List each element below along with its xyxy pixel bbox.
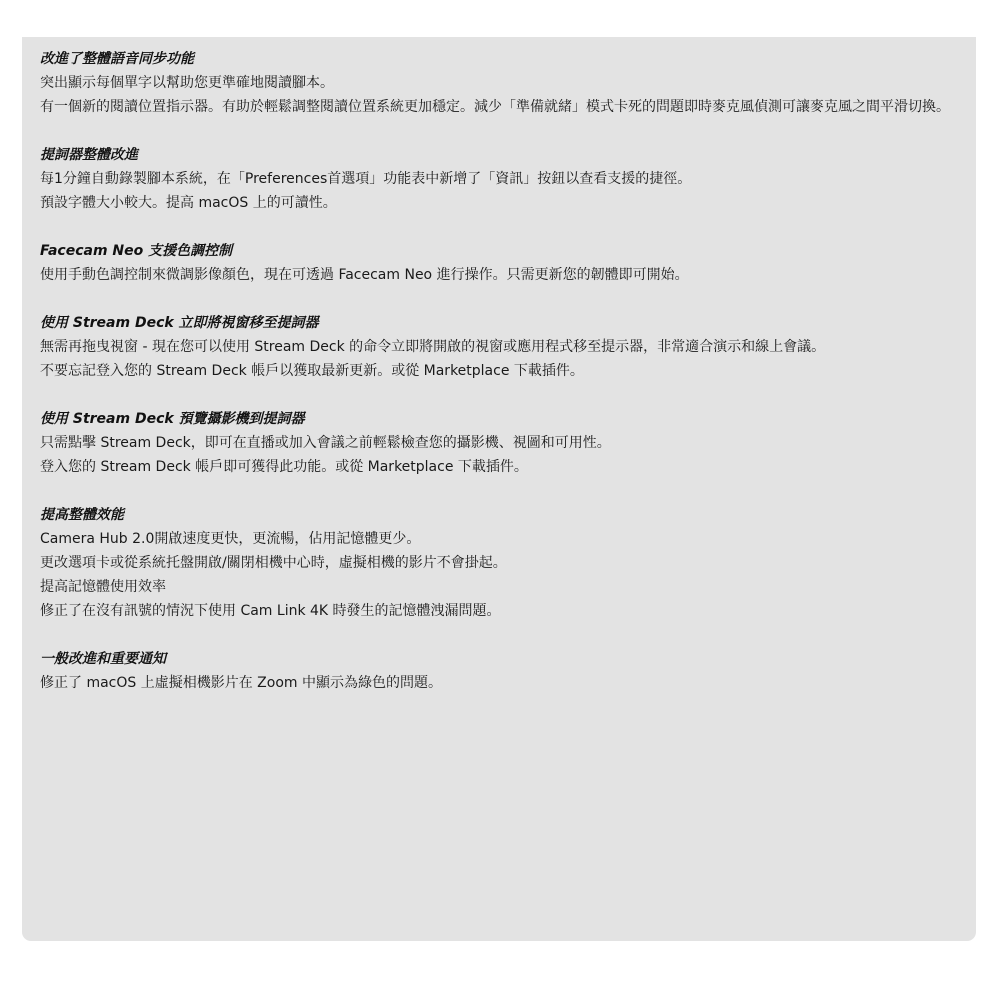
section-facecam-neo: Facecam Neo 支援色調控制 使用手動色調控制來微調影像顏色，現在可透過… <box>40 239 958 287</box>
section-stream-deck-move-window: 使用 Stream Deck 立即將視窗移至提詞器 無需再拖曳視窗 - 現在您可… <box>40 311 958 383</box>
section-line: 修正了 macOS 上虛擬相機影片在 Zoom 中顯示為綠色的問題。 <box>40 671 958 695</box>
section-heading: 提詞器整體改進 <box>40 143 958 167</box>
section-heading: Facecam Neo 支援色調控制 <box>40 239 958 263</box>
section-heading: 提高整體效能 <box>40 503 958 527</box>
section-performance: 提高整體效能 Camera Hub 2.0開啟速度更快，更流暢，佔用記憶體更少。… <box>40 503 958 623</box>
section-heading: 使用 Stream Deck 立即將視窗移至提詞器 <box>40 311 958 335</box>
section-line: 突出顯示每個單字以幫助您更準確地閱讀腳本。 <box>40 71 958 95</box>
section-line: 修正了在沒有訊號的情況下使用 Cam Link 4K 時發生的記憶體洩漏問題。 <box>40 599 958 623</box>
section-heading: 使用 Stream Deck 預覽攝影機到提詞器 <box>40 407 958 431</box>
section-line: 登入您的 Stream Deck 帳戶即可獲得此功能。或從 Marketplac… <box>40 455 958 479</box>
section-heading: 改進了整體語音同步功能 <box>40 47 958 71</box>
section-heading: 一般改進和重要通知 <box>40 647 958 671</box>
section-line: 預設字體大小較大。提高 macOS 上的可讀性。 <box>40 191 958 215</box>
section-line: 使用手動色調控制來微調影像顏色，現在可透過 Facecam Neo 進行操作。只… <box>40 263 958 287</box>
section-voice-sync: 改進了整體語音同步功能 突出顯示每個單字以幫助您更準確地閱讀腳本。 有一個新的閱… <box>40 47 958 119</box>
section-line: 只需點擊 Stream Deck，即可在直播或加入會議之前輕鬆檢查您的攝影機、視… <box>40 431 958 455</box>
section-line: 更改選項卡或從系統托盤開啟/關閉相機中心時，虛擬相機的影片不會掛起。 <box>40 551 958 575</box>
section-stream-deck-preview-camera: 使用 Stream Deck 預覽攝影機到提詞器 只需點擊 Stream Dec… <box>40 407 958 479</box>
release-notes-panel: 改進了整體語音同步功能 突出顯示每個單字以幫助您更準確地閱讀腳本。 有一個新的閱… <box>22 37 976 941</box>
section-teleprompter-improvements: 提詞器整體改進 每1分鐘自動錄製腳本系統，在「Preferences首選項」功能… <box>40 143 958 215</box>
section-line: 有一個新的閱讀位置指示器。有助於輕鬆調整閱讀位置系統更加穩定。減少「準備就緒」模… <box>40 95 958 119</box>
section-line: 不要忘記登入您的 Stream Deck 帳戶以獲取最新更新。或從 Market… <box>40 359 958 383</box>
section-line: 每1分鐘自動錄製腳本系統，在「Preferences首選項」功能表中新增了「資訊… <box>40 167 958 191</box>
section-line: Camera Hub 2.0開啟速度更快，更流暢，佔用記憶體更少。 <box>40 527 958 551</box>
section-general-notices: 一般改進和重要通知 修正了 macOS 上虛擬相機影片在 Zoom 中顯示為綠色… <box>40 647 958 695</box>
section-line: 提高記憶體使用效率 <box>40 575 958 599</box>
section-line: 無需再拖曳視窗 - 現在您可以使用 Stream Deck 的命令立即將開啟的視… <box>40 335 958 359</box>
